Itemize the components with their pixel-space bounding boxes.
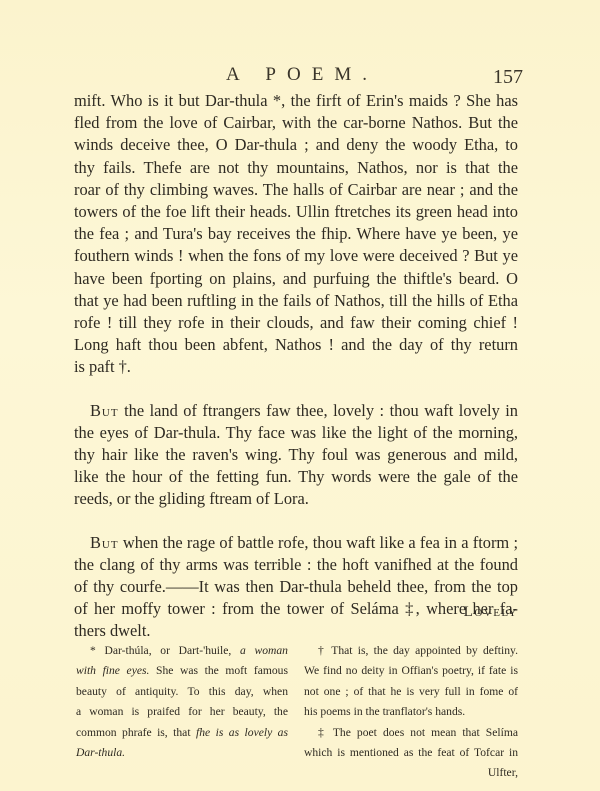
text-line: fouthern winds ! when the fons of my lov… [74, 245, 518, 267]
text-line: Long haft thou been abfent, Nathos ! and… [74, 334, 518, 356]
italic-run: Dar-thula. [76, 746, 125, 759]
footnote-line: beauty of antiquity. To this day, when [76, 682, 288, 702]
text-run: common phrafe is, that [76, 726, 196, 739]
text-line: rofe ! till they rofe in their clouds, a… [74, 312, 518, 334]
text-line: But when the rage of battle rofe, thou w… [74, 532, 518, 554]
catchword: Lovely [420, 604, 518, 621]
footnote-line: a woman is praifed for her beauty, the [76, 702, 288, 722]
footnote-line: ‡ The poet does not mean that Selíma [304, 723, 518, 743]
footnote-column-right: † That is, the day appointed by deftiny.… [304, 641, 518, 784]
footnote-line: with fine eyes. She was the moft famous [76, 661, 288, 681]
text-run: when the rage of battle rofe, thou waft … [119, 533, 518, 552]
paragraph-2: But the land of ftrangers faw thee, love… [74, 400, 518, 511]
footnote-line: * Dar-thúla, or Dart-'huile, a woman [76, 641, 288, 661]
text-line: the fea ; and Tura's bay receives the fh… [74, 223, 518, 245]
lead-word: But [90, 533, 119, 552]
body-text: mift. Who is it but Dar-thula *, the fir… [74, 90, 518, 643]
footnote-column-left: * Dar-thúla, or Dart-'huile, a woman wit… [76, 641, 288, 763]
text-line: mift. Who is it but Dar-thula *, the fir… [74, 90, 518, 112]
footnote-line: which is mentioned as the feat of Tofcar… [304, 743, 518, 763]
paragraph-gap [74, 379, 518, 400]
footnote-line: common phrafe is, that fhe is as lovely … [76, 723, 288, 743]
footnote-line: Ulfter, [304, 763, 518, 783]
text-line: is paft †. [74, 356, 518, 378]
text-line: But the land of ftrangers faw thee, love… [74, 400, 518, 422]
lead-word: But [90, 401, 119, 420]
text-line: the eyes of Dar-thula. Thy face was like… [74, 422, 518, 444]
text-run: She was the moft famous [149, 664, 288, 677]
footnote-line: Dar-thula. [76, 743, 288, 763]
footnote-line: not one ; of that he is very full in fom… [304, 682, 518, 702]
running-title: A POEM. [226, 64, 378, 86]
italic-run: a woman [240, 644, 288, 657]
text-line: thers dwelt. [74, 620, 518, 642]
text-line: thy fails. Thefe are not thy mountains, … [74, 157, 518, 179]
text-line: thy hair like the raven's wing. Thy foul… [74, 444, 518, 466]
italic-run: fhe is as lovely as [196, 726, 288, 739]
text-line: of thy courfe.——It was then Dar-thula be… [74, 576, 518, 598]
text-run: * Dar-thúla, or Dart-'huile, [90, 644, 240, 657]
text-line: reeds, or the gliding ftream of Lora. [74, 488, 518, 510]
text-run: the land of ftrangers faw thee, lovely :… [119, 401, 518, 420]
book-page: A POEM. 157 mift. Who is it but Dar-thul… [0, 0, 600, 791]
text-line: have been fporting on plains, and purfui… [74, 268, 518, 290]
footnote-line: † That is, the day appointed by deftiny. [304, 641, 518, 661]
text-line: like the hour of the fetting fun. Thy wo… [74, 466, 518, 488]
text-line: the clang of thy arms was terrible : the… [74, 554, 518, 576]
text-line: winds deceive thee, O Dar-thula ; and de… [74, 134, 518, 156]
text-line: fled from the love of Cairbar, with the … [74, 112, 518, 134]
text-line: roar of thy climbing waves. The halls of… [74, 179, 518, 201]
page-number: 157 [493, 66, 523, 89]
paragraph-3: But when the rage of battle rofe, thou w… [74, 532, 518, 643]
running-head: A POEM. 157 [0, 64, 600, 86]
footnote-line: his poems in the tranflator's hands. [304, 702, 518, 722]
paragraph-1: mift. Who is it but Dar-thula *, the fir… [74, 90, 518, 379]
paragraph-gap [74, 511, 518, 532]
text-line: towers of the foe lift their heads. Ulli… [74, 201, 518, 223]
footnote-line: We find no deity in Offian's poetry, if … [304, 661, 518, 681]
text-line: that ye had been ruftling in the fails o… [74, 290, 518, 312]
italic-run: with fine eyes. [76, 664, 149, 677]
